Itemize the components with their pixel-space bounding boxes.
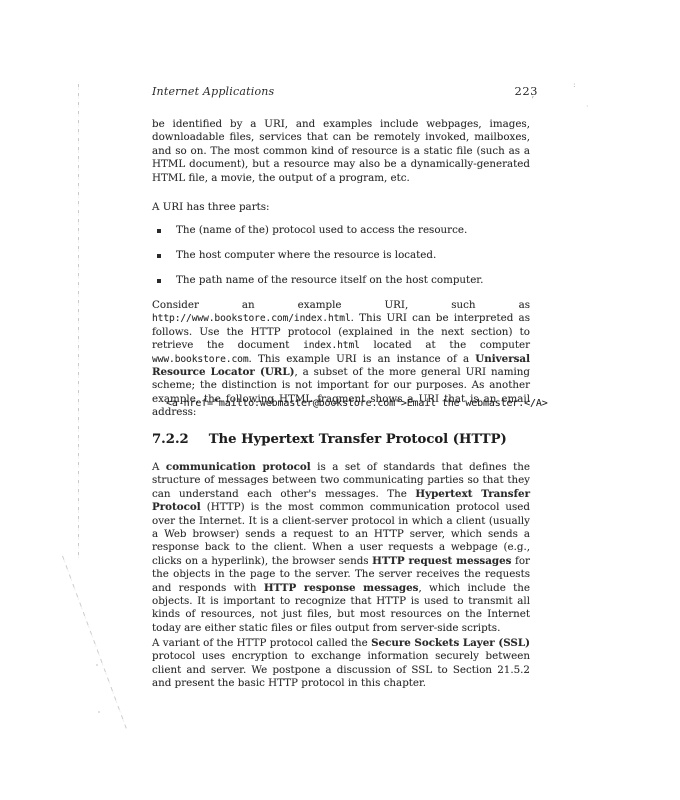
paragraph-ssl-variant: A variant of the HTTP protocol called th… (152, 637, 530, 691)
scan-speck (96, 664, 98, 666)
text-run: HTTP response messages (264, 582, 419, 594)
text-run: www.bookstore.com (152, 354, 249, 365)
list-item-text: The (name of the) protocol used to acces… (176, 224, 467, 237)
stray-mark-page-edge-top: : (573, 80, 576, 89)
scanned-book-page: ʼ : · Internet Applications 223 be ident… (0, 0, 680, 800)
list-item: The (name of the) protocol used to acces… (152, 224, 530, 237)
scan-speck (98, 711, 100, 713)
square-bullet-icon (157, 229, 161, 233)
scan-fold-line-vertical (78, 84, 79, 560)
list-item: The host computer where the resource is … (152, 249, 530, 262)
text-run: communication protocol (166, 461, 311, 473)
paragraph-http-protocol: A communication protocol is a set of sta… (152, 461, 530, 635)
list-item: The path name of the resource itself on … (152, 274, 530, 287)
text-run: index.html (303, 340, 360, 351)
text-run: Secure Sockets Layer (SSL) (371, 637, 530, 649)
list-item-text: The path name of the resource itself on … (176, 274, 483, 287)
text-run: . This example URI is an instance of a (249, 353, 476, 365)
paragraph-uri-parts-intro: A URI has three parts: (152, 201, 530, 214)
text-run: http://www.bookstore.com/index.html (152, 313, 351, 324)
list-item-text: The host computer where the resource is … (176, 249, 436, 262)
text-run: be identified by a URI, and examples inc… (152, 118, 530, 184)
stray-mark-under-page-number: ʼ (531, 97, 534, 106)
text-run: protocol uses encryption to exchange inf… (152, 650, 530, 689)
scan-crease-line-diagonal (62, 556, 127, 729)
running-title: Internet Applications (152, 85, 274, 98)
square-bullet-icon (157, 254, 161, 258)
text-run: A (152, 461, 166, 473)
square-bullet-icon (157, 279, 161, 283)
text-run: A variant of the HTTP protocol called th… (152, 637, 371, 649)
text-run: Consider an example URI, such as (152, 299, 530, 311)
stray-mark-page-edge-lower: · (586, 102, 589, 111)
paragraph-uri-resources: be identified by a URI, and examples inc… (152, 118, 530, 185)
section-heading: 7.2.2The Hypertext Transfer Protocol (HT… (152, 432, 530, 448)
uri-parts-list: The (name of the) protocol used to acces… (152, 224, 530, 299)
page-number: 223 (515, 84, 538, 98)
text-run: located at the computer (360, 339, 530, 351)
section-title: The Hypertext Transfer Protocol (HTTP) (209, 432, 507, 447)
text-run: HTTP request messages (372, 555, 511, 567)
section-number: 7.2.2 (152, 432, 189, 448)
page-header: Internet Applications 223 (152, 84, 538, 98)
html-code-snippet: <a href="mailto:webmaster@bookstore.com"… (166, 398, 566, 409)
